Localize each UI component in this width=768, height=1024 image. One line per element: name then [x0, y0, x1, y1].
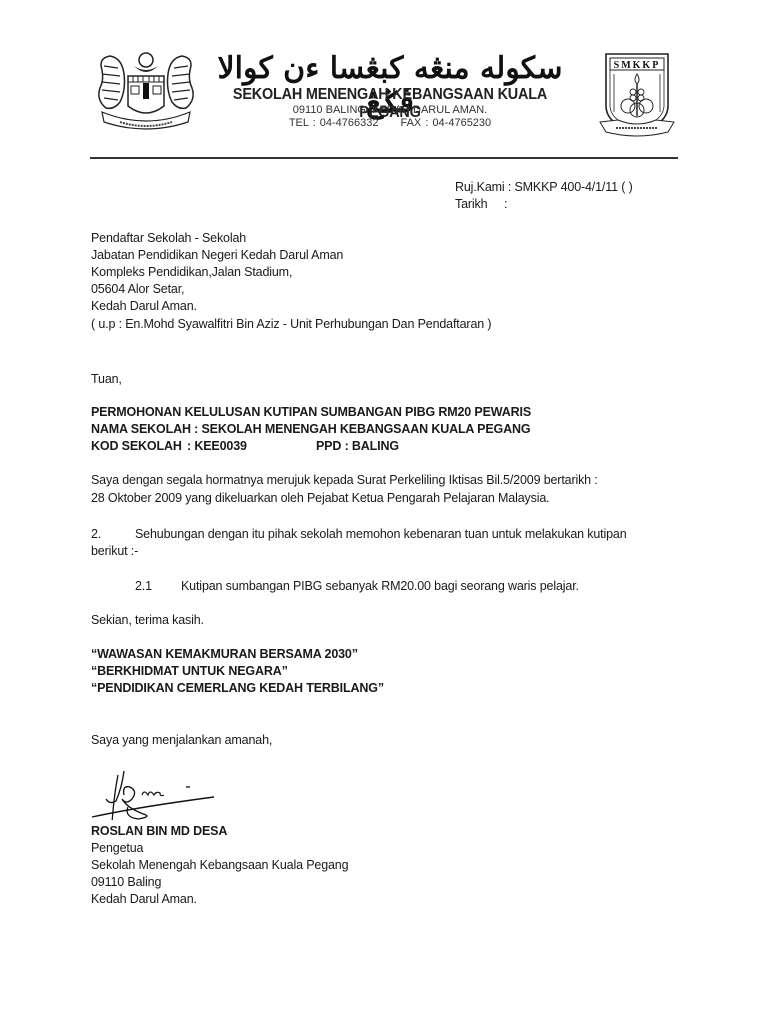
paragraph-1-line-1: Saya dengan segala hormatnya merujuk kep…	[91, 473, 598, 487]
handwritten-signature-icon	[88, 765, 218, 820]
letterhead-divider	[90, 157, 678, 159]
subject-school: NAMA SEKOLAH : SEKOLAH MENENGAH KEBANGSA…	[91, 422, 530, 436]
paragraph-2-number: 2.	[91, 527, 101, 541]
signoff-amanah: Saya yang menjalankan amanah,	[91, 733, 272, 747]
school-fax: FAX : 04-4765230	[400, 117, 491, 129]
subject-title: PERMOHONAN KELULUSAN KUTIPAN SUMBANGAN P…	[91, 405, 531, 419]
signatory-organization: Sekolah Menengah Kebangsaan Kuala Pegang	[91, 858, 348, 872]
subject-kod-value: : KEE0039	[187, 439, 247, 453]
slogan: “PENDIDIKAN CEMERLANG KEDAH TERBILANG”	[91, 681, 384, 695]
recipient-attention: ( u.p : En.Mohd Syawalfitri Bin Aziz - U…	[91, 317, 491, 331]
smkkp-school-crest-icon: SMKKP	[598, 50, 676, 138]
letter-page: سکوله منڠه کبڠسا ءن کوالا ڤݢڠ SEKOLAH ME…	[0, 0, 768, 1024]
recipient-line: Pendaftar Sekolah - Sekolah	[91, 231, 246, 245]
reference-number: Ruj.Kami : SMKKP 400-4/1/11 ( )	[455, 180, 633, 194]
paragraph-2-line-2: berikut :-	[91, 544, 138, 558]
malaysia-coat-of-arms-icon	[92, 50, 200, 134]
school-address: 09110 BALING, KEDAH DARUL AMAN.	[212, 104, 568, 116]
paragraph-1-line-2: 28 Oktober 2009 yang dikeluarkan oleh Pe…	[91, 491, 549, 505]
school-contact: TEL : 04-4766332FAX : 04-4765230	[212, 117, 568, 129]
school-tel: TEL : 04-4766332	[289, 117, 379, 129]
recipient-line: Kompleks Pendidikan,Jalan Stadium,	[91, 265, 292, 279]
subject-ppd: PPD : BALING	[316, 439, 399, 453]
paragraph-2-line-1: Sehubungan dengan itu pihak sekolah memo…	[135, 527, 627, 541]
item-text: Kutipan sumbangan PIBG sebanyak RM20.00 …	[181, 579, 579, 593]
signatory-name: ROSLAN BIN MD DESA	[91, 824, 227, 838]
salutation: Tuan,	[91, 372, 122, 386]
signatory-title: Pengetua	[91, 841, 143, 855]
slogan: “BERKHIDMAT UNTUK NEGARA”	[91, 664, 288, 678]
subject-kod-label: KOD SEKOLAH	[91, 439, 182, 453]
school-name-jawi: سکوله منڠه کبڠسا ءن کوالا ڤݢڠ	[210, 52, 570, 86]
item-number: 2.1	[135, 579, 152, 593]
signatory-postcode: 09110 Baling	[91, 875, 161, 889]
recipient-line: 05604 Alor Setar,	[91, 282, 184, 296]
signatory-state: Kedah Darul Aman.	[91, 892, 197, 906]
closing-line: Sekian, terima kasih.	[91, 613, 204, 627]
reference-date: Tarikh :	[455, 197, 507, 211]
svg-text:SMKKP: SMKKP	[614, 60, 661, 71]
recipient-line: Jabatan Pendidikan Negeri Kedah Darul Am…	[91, 248, 343, 262]
recipient-line: Kedah Darul Aman.	[91, 299, 197, 313]
slogan: “WAWASAN KEMAKMURAN BERSAMA 2030”	[91, 647, 358, 661]
